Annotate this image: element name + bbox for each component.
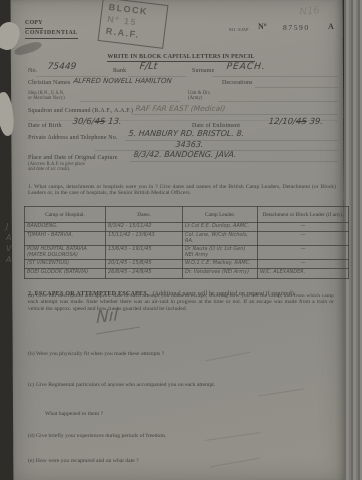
cell-camp: TJIMAHI - BATAVIA.: [25, 232, 106, 246]
camps-table: Camp or Hospital. Dates. Camp Leader. De…: [24, 206, 349, 279]
christian-names-value: ALFRED NOWELL HAMILTON: [73, 77, 172, 85]
question-2b-text: (b) Were you physically fit when you mad…: [28, 351, 308, 357]
cell-leader: Col. Lane, W/Cdr Nichols, RA.: [183, 232, 258, 246]
cell-detachment: —: [258, 232, 349, 246]
serial-no-label: Nº: [258, 24, 267, 31]
question-2e-text: (e) How were you recaptured and on what …: [28, 458, 318, 464]
margin-note-java: J A V A: [6, 221, 11, 265]
nil-annotation: Nil: [96, 305, 118, 328]
serial-suffix: A: [328, 24, 334, 31]
surname-value: PEACH.: [226, 62, 266, 72]
rank-label: Rank: [113, 68, 126, 75]
squadron-command-value: RAF FAR EAST (Medical): [135, 104, 226, 113]
instruction-text: WRITE IN BLOCK CAPITAL LETTERS IN PENCIL: [107, 54, 254, 62]
col-dates: Dates.: [106, 207, 183, 223]
question-2c-text: (c) Give Regimental particulars of anyon…: [28, 382, 318, 388]
cell-leader: Dr. Vandervee (NEI Army): [183, 269, 258, 279]
question-2c2-text: What happened to them ?: [45, 411, 245, 417]
surname-label: Surname: [192, 68, 214, 75]
table-row: (ST VINCENTIUS) 20/1/45 - 15/8/45 W.O.1 …: [25, 260, 349, 269]
table-row: BANDOENG. 8/3/42 - 15/11/42 Lt Col E.E. …: [25, 223, 349, 232]
copy-stamp: COPY: [25, 20, 43, 29]
table-row: TJIMAHI - BATAVIA. 15/11/42 - 13/6/43 Co…: [25, 232, 349, 246]
squadron-command-label: Squadron and Command (R.A.F., A.A.F.): [28, 108, 133, 115]
decorations-label: Decorations: [222, 80, 253, 87]
question-2d-text: (d) Give briefly your experiences during…: [28, 433, 318, 439]
cell-camp: POW HOSPITAL BATAVIA (MATER DOLOROSA): [25, 246, 106, 260]
cell-detachment: —: [258, 223, 349, 232]
cell-dates: 8/3/42 - 15/11/42: [106, 223, 183, 232]
col-camp-leader: Camp Leader.: [183, 207, 258, 223]
cell-dates: 15/11/42 - 13/6/43: [106, 232, 183, 246]
cell-detachment: —: [258, 260, 349, 269]
question-1-text: 1. What camps, detachments or hospitals …: [28, 184, 336, 197]
cell-camp: (ST VINCENTIUS): [25, 260, 106, 269]
instruction-heading: WRITE IN BLOCK CAPITAL LETTERS IN PENCIL: [60, 54, 302, 61]
scanned-pow-form-photo: COPY CONFIDENTIAL BLOCK Nº 15 R.A.F. M.I…: [0, 0, 362, 480]
cell-leader: Lt Col E.E. Dunlop, AAMC.: [183, 223, 258, 232]
capture-sublabel: (Aircrew R.A.F. to give placeand date of…: [28, 162, 85, 173]
cell-detachment: W/C. ALEXANDER.: [258, 269, 349, 279]
col-camp-or-hospital: Camp or Hospital.: [25, 207, 106, 223]
cell-camp: BANDOENG.: [25, 223, 106, 232]
date-of-birth-value: 30/6/45 13.: [72, 117, 122, 127]
confidential-stamp: CONFIDENTIAL: [25, 30, 78, 39]
private-address-value: 5. HANBURY RD. BRISTOL. 8.: [128, 129, 245, 138]
capture-value: 8/3/42. BANDOENG. JAVA.: [133, 150, 237, 159]
raf-block-stamp: BLOCK Nº 15 R.A.F.: [98, 0, 169, 49]
cell-leader: W.O.1 C.E. Mackay, RAMC.: [183, 260, 258, 269]
cell-dates: 20/1/45 - 15/8/45: [106, 260, 183, 269]
christian-names-label: Christian Names: [28, 80, 70, 87]
cell-dates: 13/6/43 - 19/1/45: [106, 246, 183, 260]
date-of-enlistment-value: 12/10/45 39.: [268, 117, 323, 127]
table-row: POW HOSPITAL BATAVIA (MATER DOLOROSA) 13…: [25, 246, 349, 260]
capture-label: Place and Date of Original Capture: [28, 155, 118, 162]
telephone-value: 34363.: [175, 140, 204, 149]
date-of-birth-label: Date of Birth: [28, 123, 62, 130]
unit-div-label: Unit & Div.(Army): [188, 91, 211, 102]
pencil-note-n16: N16: [299, 5, 320, 18]
service-no-value: 75449: [47, 62, 77, 72]
camps-table-header-row: Camp or Hospital. Dates. Camp Leader. De…: [25, 207, 349, 223]
cell-camp: BOEI GLODOK (BATAVIA): [25, 269, 106, 279]
cell-leader: Dr Nauta (O i/c 1st Gen) NEI Army: [183, 246, 258, 260]
private-address-label: Private Address and Telephone No.: [28, 135, 118, 142]
cell-dates: 26/8/45 - 24/9/45: [106, 269, 183, 279]
mi-reference: M.I. 9/JAP: [229, 27, 248, 32]
serial-number: 87590: [283, 25, 310, 32]
table-row: BOEI GLODOK (BATAVIA) 26/8/45 - 24/9/45 …: [25, 269, 349, 279]
rank-value: F/Lt: [139, 61, 158, 72]
service-no-label: No.: [28, 68, 37, 75]
cell-detachment: —: [258, 246, 349, 260]
col-detachment-leader: Detachment or Block Leader (if any).: [258, 207, 349, 223]
ship-label: Ship (R.N., U.S.N.or Merchant Navy): [28, 91, 65, 102]
question-2a-text: (a) Give full description and approx. da…: [28, 293, 334, 312]
